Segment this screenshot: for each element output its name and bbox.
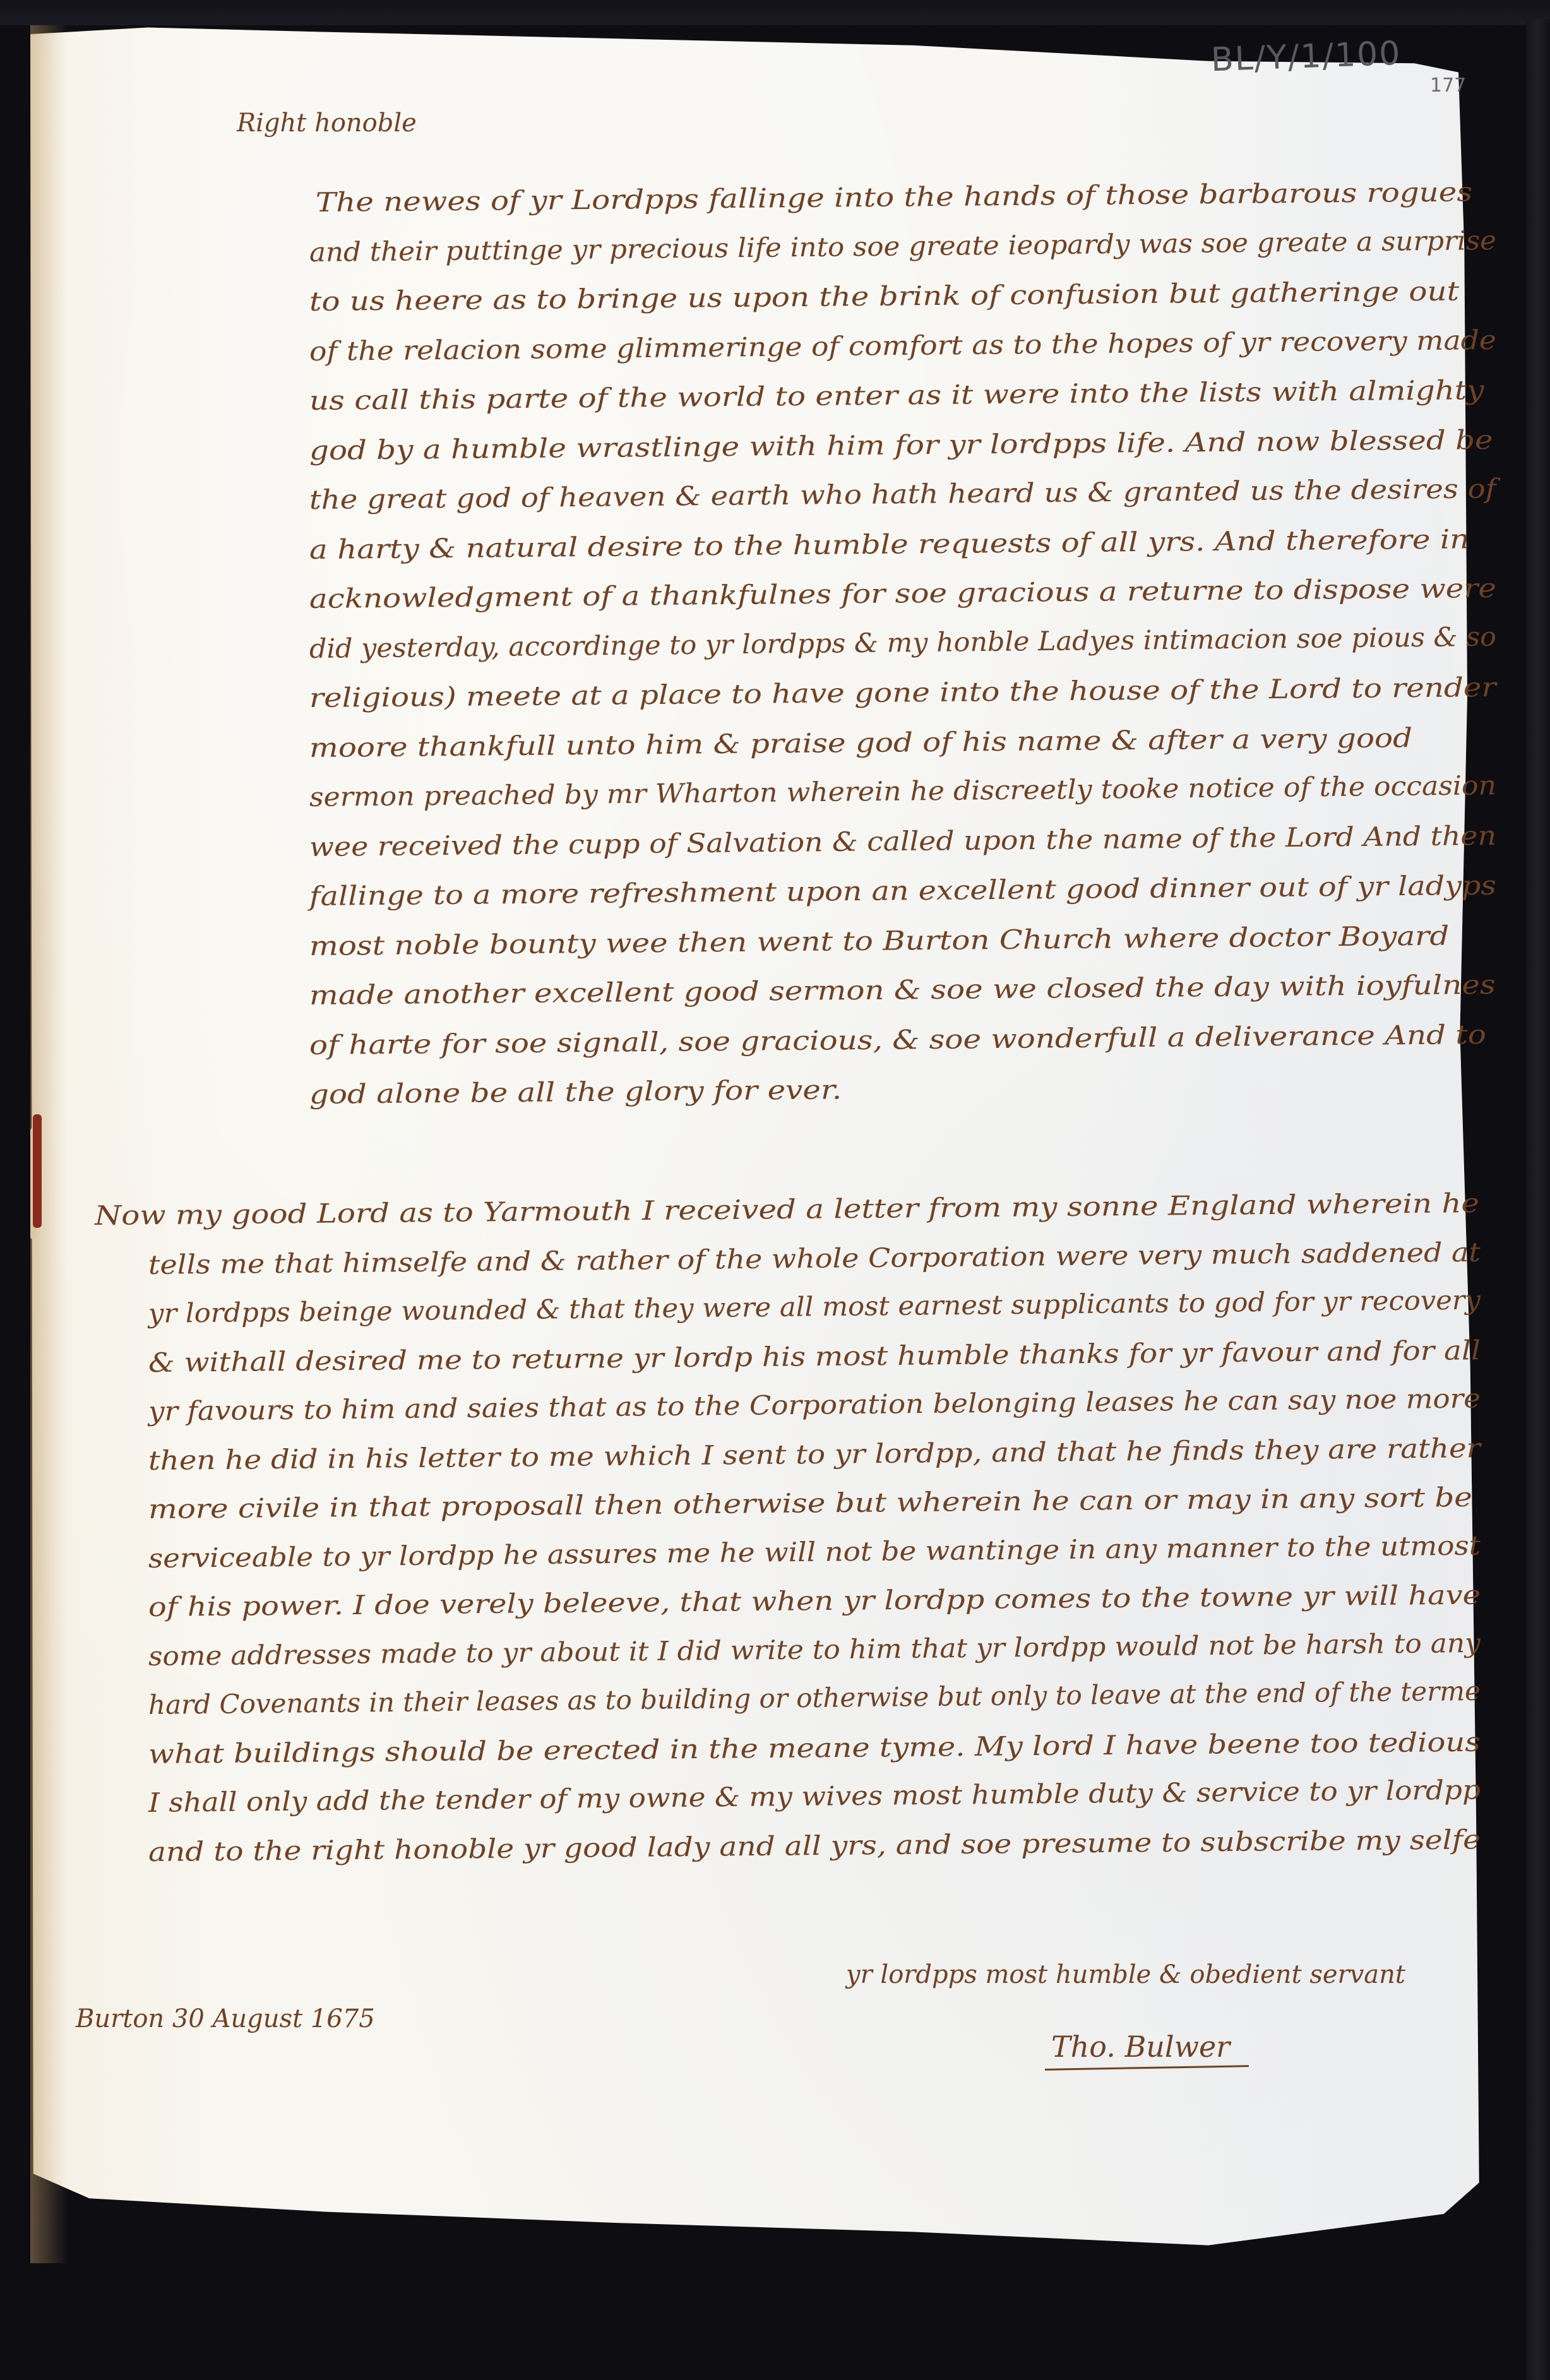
scan-background-top bbox=[0, 0, 1550, 25]
salutation: Right honoble bbox=[237, 109, 417, 138]
red-wax-seal-remnant bbox=[33, 1114, 42, 1228]
scan-background-right bbox=[1526, 19, 1550, 2380]
closing-formula: yr lordpps most humble & obedient servan… bbox=[846, 1960, 1405, 1989]
archive-reference: BL/Y/1/100 bbox=[1210, 35, 1402, 79]
manuscript-line: god alone be all the glory for ever. bbox=[309, 1076, 842, 1108]
folio-number: 177 bbox=[1430, 74, 1466, 97]
place-and-date: Burton 30 August 1675 bbox=[76, 2004, 375, 2033]
signature: Tho. Bulwer bbox=[1051, 2030, 1230, 2064]
